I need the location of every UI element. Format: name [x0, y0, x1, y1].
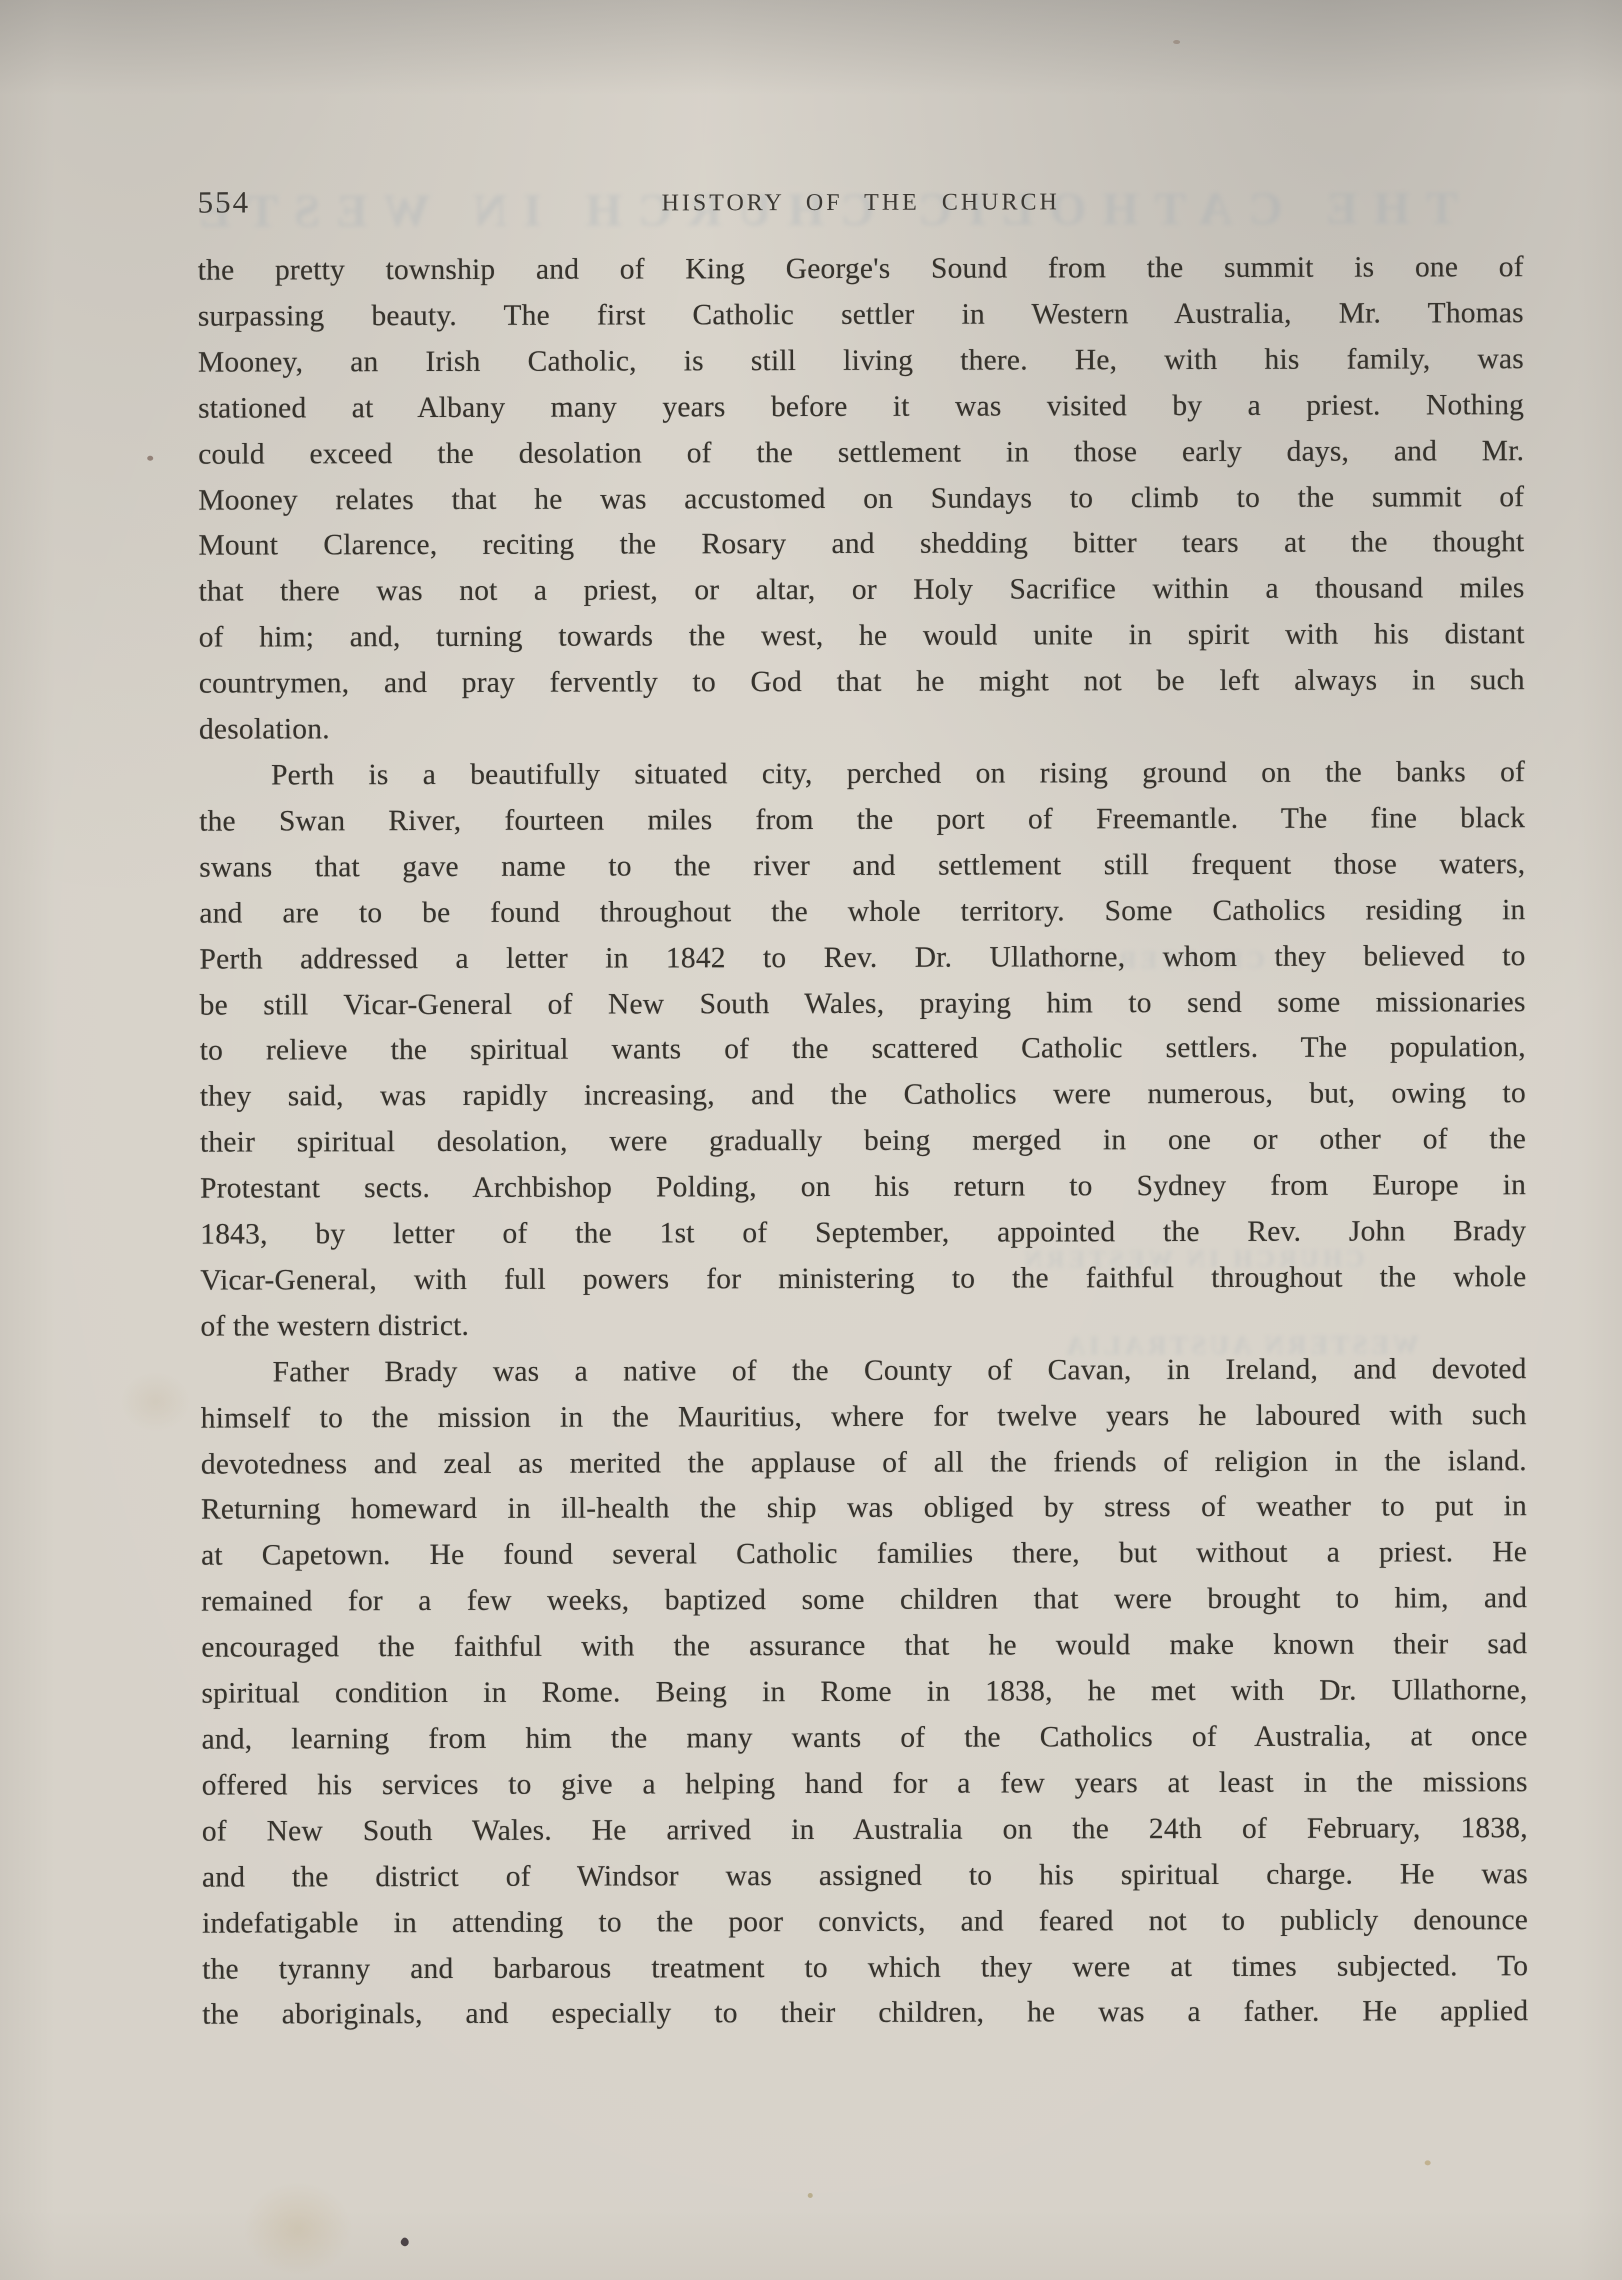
text-line: the tyranny and barbarous treatment to w… [202, 1944, 1528, 1993]
text-line: be still Vicar-General of New South Wale… [200, 980, 1526, 1029]
ink-speck [1425, 2160, 1431, 2165]
text-line: remained for a few weeks, baptized some … [201, 1576, 1527, 1625]
text-line: Perth addressed a letter in 1842 to Rev.… [199, 934, 1525, 983]
ink-speck [399, 2236, 410, 2247]
book-page-scan: { "page": { "number": "554", "header_tit… [0, 0, 1622, 2280]
text-line: at Capetown. He found several Catholic f… [201, 1531, 1527, 1580]
text-line: encouraged the faithful with the assuran… [201, 1622, 1527, 1671]
text-line: Vicar-General, with full powers for mini… [200, 1255, 1526, 1304]
page-number: 554 [197, 184, 250, 220]
stain [243, 2181, 353, 2276]
stain [121, 1372, 191, 1432]
text-line: Father Brady was a native of the County … [201, 1347, 1527, 1396]
text-line: and are to be found throughout the whole… [199, 888, 1525, 937]
text-line: stationed at Albany many years before it… [198, 383, 1524, 432]
text-line: Mount Clarence, reciting the Rosary and … [198, 521, 1524, 570]
text-line: 1843, by letter of the 1st of September,… [200, 1209, 1526, 1258]
ink-speck [808, 2193, 813, 2198]
text-line: Mooney, an Irish Catholic, is still livi… [198, 337, 1524, 386]
text-block: the pretty township and of King George's… [198, 245, 1529, 2039]
text-line: that there was not a priest, or altar, o… [199, 566, 1525, 615]
text-line: of New South Wales. He arrived in Austra… [202, 1806, 1528, 1855]
text-line: the pretty township and of King George's… [198, 245, 1524, 294]
text-line: offered his services to give a helping h… [202, 1760, 1528, 1809]
ink-speck [1173, 40, 1180, 44]
text-line: to relieve the spiritual wants of the sc… [200, 1026, 1526, 1075]
text-line: swans that gave name to the river and se… [199, 842, 1525, 891]
page-header-title: HISTORY OF THE CHURCH [662, 189, 1060, 217]
text-line: and, learning from him the many wants of… [202, 1714, 1528, 1763]
text-line: could exceed the desolation of the settl… [198, 429, 1524, 478]
text-line: devotedness and zeal as merited the appl… [201, 1439, 1527, 1488]
text-line: their spiritual desolation, were gradual… [200, 1117, 1526, 1166]
text-line: the aboriginals, and especially to their… [202, 1990, 1528, 2039]
paragraph: Perth is a beautifully situated city, pe… [199, 750, 1527, 1350]
text-line: of the western district. [200, 1301, 1526, 1350]
text-line: of him; and, turning towards the west, h… [199, 612, 1525, 661]
text-line: indefatigable in attending to the poor c… [202, 1898, 1528, 1947]
text-line: surpassing beauty. The first Catholic se… [198, 291, 1524, 340]
text-line: and the district of Windsor was assigned… [202, 1852, 1528, 1901]
paragraph: the pretty township and of King George's… [198, 245, 1525, 753]
text-line: Mooney relates that he was accustomed on… [198, 475, 1524, 524]
ink-speck [147, 456, 153, 461]
text-line: the Swan River, fourteen miles from the … [199, 796, 1525, 845]
paragraph: Father Brady was a native of the County … [201, 1347, 1529, 2039]
text-line: Perth is a beautifully situated city, pe… [199, 750, 1525, 799]
text-line: Protestant sects. Archbishop Polding, on… [200, 1163, 1526, 1212]
page-content: THE CATHOLIC CHURCH IN WESTERN AUSTRALIA… [0, 0, 1622, 2280]
text-line: desolation. [199, 704, 1525, 753]
text-line: himself to the mission in the Mauritius,… [201, 1393, 1527, 1442]
text-line: Returning homeward in ill-health the shi… [201, 1485, 1527, 1534]
text-line: spiritual condition in Rome. Being in Ro… [201, 1668, 1527, 1717]
text-line: countrymen, and pray fervently to God th… [199, 658, 1525, 707]
text-line: they said, was rapidly increasing, and t… [200, 1071, 1526, 1120]
